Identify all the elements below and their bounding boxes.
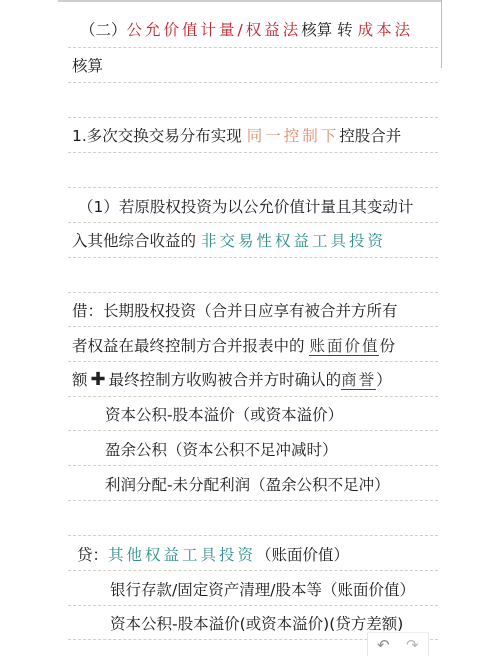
rule-line [68, 187, 438, 188]
credit-entry-2: 资本公积-股本溢价(或资本溢价)(贷方差额) [110, 614, 480, 634]
debit-entry-1: 资本公积-股本溢价（或资本溢价） [105, 405, 475, 425]
rule-line [68, 152, 438, 153]
undo-redo-toolbar: ↶ ↷ [367, 632, 429, 656]
rule-line [68, 465, 438, 466]
plus-icon: ✚ [91, 369, 106, 390]
heading-method-to: 成本法 [358, 21, 414, 39]
credit-suffix: （账面价值） [256, 546, 349, 564]
heading-middle: 核算 转 [301, 21, 357, 39]
subitem-1-line-2-prefix: 入其他综合收益的 [72, 232, 201, 250]
rule-line [68, 570, 438, 571]
item-1: 1.多次交换交易分布实现 同一控制下控股合并 [72, 126, 442, 146]
credit-prefix: 贷： [77, 546, 108, 564]
item-1-suffix: 控股合并 [339, 127, 401, 145]
debit-line-3: 额✚最终控制方收购被合并方时确认的商誉） [72, 370, 442, 390]
debit-entry-2: 盈余公积（资本公积不足冲减时） [105, 440, 475, 460]
debit-line-3-prefix: 额 [72, 371, 88, 389]
rule-line [68, 361, 438, 362]
rule-line [68, 117, 438, 118]
rule-line [68, 326, 438, 327]
rule-line [68, 257, 438, 258]
rule-line [68, 82, 438, 83]
subitem-1-highlight: 非交易性权益工具投资 [201, 232, 386, 250]
debit-line-2-suffix: 份 [379, 337, 395, 355]
section-heading: （二）公允价值计量/权益法核算 转 成本法 [80, 20, 450, 40]
credit-entry-1: 银行存款/固定资产清理/股本等（账面价值） [110, 580, 480, 600]
credit-line: 贷：其他权益工具投资（账面价值） [77, 545, 447, 565]
debit-line-2: 者权益在最终控制方合并报表中的 账面价值份 [72, 336, 442, 356]
rule-line [68, 222, 438, 223]
rule-line [68, 396, 438, 397]
debit-line-3-suffix: ） [376, 371, 392, 389]
book-value-underlined: 账面价值 [309, 337, 379, 356]
heading-method-from: 公允价值计量/权益法 [127, 21, 302, 39]
debit-entry-3: 利润分配-未分配利润（盈余公积不足冲） [105, 475, 475, 495]
undo-icon[interactable]: ↶ [377, 636, 390, 654]
goodwill-underlined: 商誉 [341, 371, 376, 390]
rule-line [68, 430, 438, 431]
subitem-1-line-2: 入其他综合收益的 非交易性权益工具投资 [72, 231, 442, 251]
rule-line [68, 500, 438, 501]
item-1-prefix: 1.多次交换交易分布实现 [72, 127, 247, 145]
rule-line [68, 535, 438, 536]
redo-icon[interactable]: ↷ [406, 636, 419, 654]
debit-line-2-prefix: 者权益在最终控制方合并报表中的 [72, 337, 309, 355]
rule-line [68, 605, 438, 606]
heading-prefix: （二） [80, 21, 127, 39]
credit-highlight: 其他权益工具投资 [108, 546, 256, 564]
heading-continuation: 核算 [72, 56, 442, 76]
debit-line-3-middle: 最终控制方收购被合并方时确认的 [109, 371, 342, 389]
rule-line [68, 292, 438, 293]
page-top-border [58, 0, 442, 2]
rule-line [68, 47, 438, 48]
subitem-1-line-1: （1）若原股权投资为以公允价值计量且其变动计 [78, 197, 448, 217]
debit-line-1: 借：长期股权投资（合并日应享有被合并方所有 [72, 301, 442, 321]
item-1-highlight: 同一控制下 [247, 127, 340, 145]
